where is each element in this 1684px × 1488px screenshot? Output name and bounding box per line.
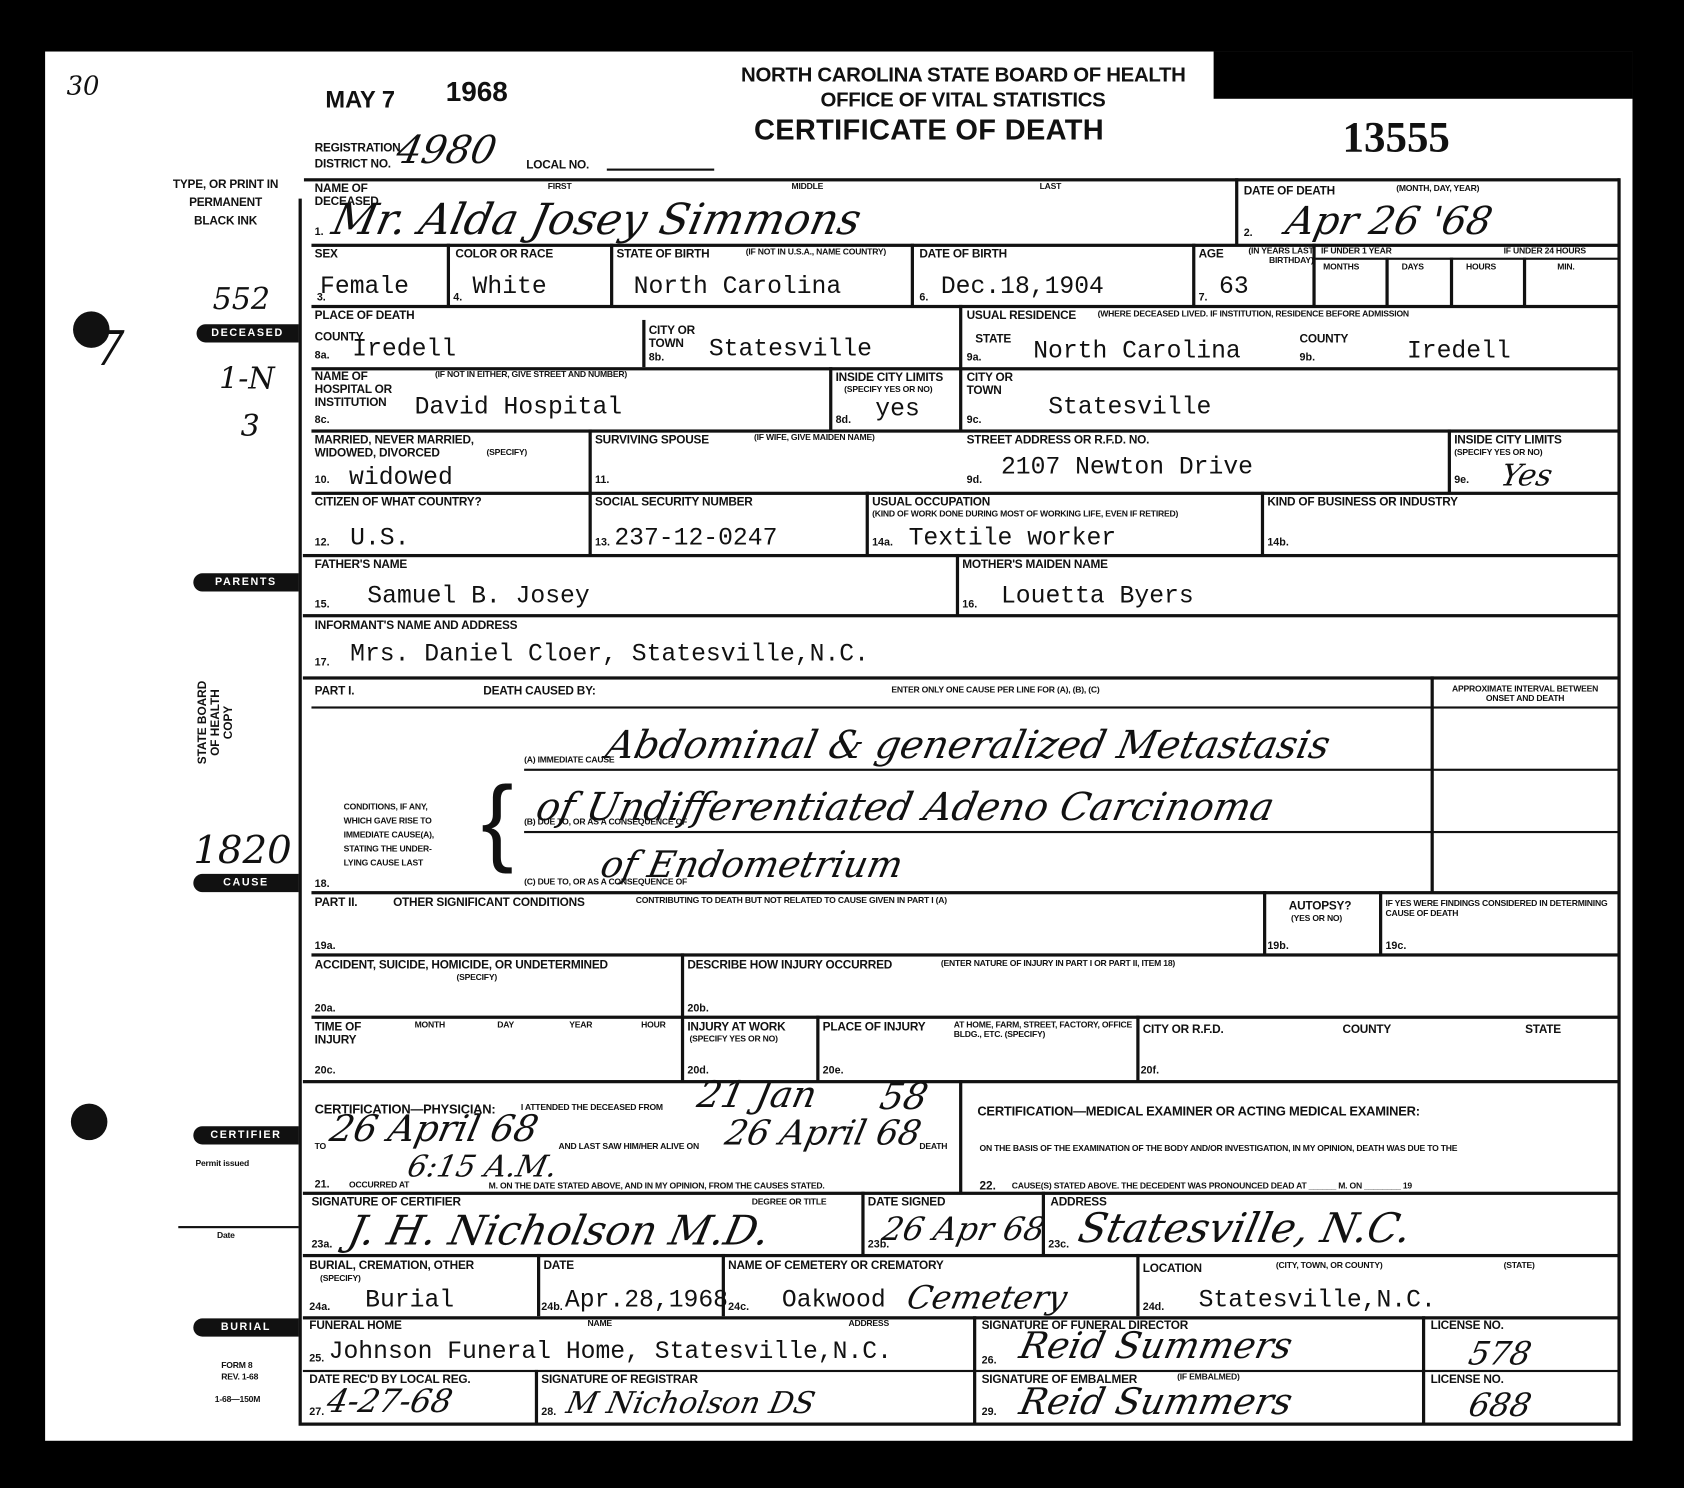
district-label: DISTRICT NO.	[315, 158, 391, 171]
last-saw-value: 26 April 68	[722, 1112, 925, 1153]
punch-hole-bottom	[71, 1104, 108, 1141]
item-9b: 9b.	[1300, 352, 1316, 364]
burial-date-label: DATE	[543, 1259, 573, 1272]
certifier-signature: J. H. Nicholson M.D.	[344, 1207, 774, 1254]
item-20e: 20e.	[823, 1065, 844, 1077]
spouse-label: SURVIVING SPOUSE	[595, 434, 709, 447]
location-value: Statesville,N.C.	[1199, 1286, 1436, 1314]
res-city-label: CITY ORTOWN	[967, 371, 1013, 397]
permit-issued-label: Permit issued	[195, 1159, 249, 1168]
tab-certifier: CERTIFIER	[193, 1126, 298, 1144]
tab-deceased: DECEASED	[197, 324, 299, 342]
me-text: ON THE BASIS OF THE EXAMINATION OF THE B…	[979, 1144, 1457, 1153]
divider	[1136, 1254, 1139, 1316]
item-19c: 19c.	[1385, 940, 1406, 952]
item-4: 4.	[453, 292, 462, 304]
permit-date-line	[178, 1226, 298, 1228]
dob-label: DATE OF BIRTH	[919, 248, 1007, 261]
date-signed-value: 26 Apr 68	[879, 1211, 1049, 1249]
last-label: LAST	[1040, 183, 1062, 192]
item-13: 13.	[595, 537, 610, 549]
form-info-2: REV. 1-68	[221, 1373, 258, 1382]
res-county-value: Iredell	[1407, 337, 1511, 365]
date-recd-value: 4-27-68	[324, 1383, 456, 1421]
item-7: 7.	[1199, 292, 1208, 304]
father-value: Samuel B. Josey	[367, 582, 589, 610]
row-divider	[311, 244, 1619, 247]
row-divider	[311, 492, 1619, 495]
row-divider	[311, 1016, 1619, 1019]
cemetery-hand: Cemetery	[904, 1280, 1071, 1318]
hours-label: HOURS	[1466, 263, 1496, 272]
divider	[1263, 891, 1266, 955]
row-divider	[303, 554, 1620, 557]
divider	[1042, 1192, 1045, 1256]
divider	[1235, 178, 1238, 245]
divider	[816, 1016, 819, 1083]
autopsy-hint: (YES OR NO)	[1291, 915, 1342, 924]
burial-method-value: Burial	[365, 1286, 454, 1314]
item-8a: 8a.	[315, 350, 330, 362]
res-state-value: North Carolina	[1033, 337, 1241, 365]
divider	[911, 244, 914, 306]
me-text2: CAUSE(S) STATED ABOVE. THE DECEDENT WAS …	[1012, 1182, 1412, 1191]
embalmer-license-value: 688	[1465, 1387, 1534, 1425]
street-value: 2107 Newton Drive	[1001, 453, 1253, 481]
item-14b: 14b.	[1267, 537, 1288, 549]
hospital-label: NAME OFHOSPITAL ORINSTITUTION	[315, 370, 392, 409]
hospital-value: David Hospital	[415, 393, 623, 421]
location-hint: (CITY, TOWN, OR COUNTY)	[1276, 1261, 1383, 1270]
director-license-label: LICENSE NO.	[1431, 1319, 1504, 1332]
accident-specify: (SPECIFY)	[456, 974, 497, 983]
item-23a: 23a.	[311, 1239, 332, 1251]
spouse-hint: (IF WIFE, GIVE MAIDEN NAME)	[754, 434, 875, 443]
father-label: FATHER'S NAME	[315, 558, 407, 571]
occupation-label: USUAL OCCUPATION	[872, 496, 990, 509]
item-6: 6.	[919, 292, 928, 304]
item-8c: 8c.	[315, 414, 330, 426]
usual-residence-hint: (WHERE DECEASED LIVED. IF INSTITUTION, R…	[1098, 310, 1409, 319]
describe-label: DESCRIBE HOW INJURY OCCURRED	[687, 959, 892, 972]
row-divider	[311, 305, 1619, 308]
agency-line1: NORTH CAROLINA STATE BOARD OF HEALTH	[741, 64, 1185, 88]
item-18: 18.	[315, 878, 330, 890]
death-label: DEATH	[919, 1142, 947, 1151]
item-8d: 8d.	[836, 414, 852, 426]
instruction-line2: PERMANENT	[166, 196, 284, 209]
dob-value: Dec.18,1904	[941, 273, 1104, 301]
item-10: 10.	[315, 475, 330, 487]
cemetery-typed: Oakwood	[782, 1286, 886, 1314]
attended-text: I ATTENDED THE DECEASED FROM	[521, 1104, 663, 1113]
cemetery-label: NAME OF CEMETERY OR CREMATORY	[728, 1259, 943, 1272]
item-23c: 23c.	[1048, 1239, 1069, 1251]
occupation-value: Textile worker	[909, 524, 1117, 552]
cause-a-value: Abdominal & generalized Metastasis	[602, 724, 1334, 768]
time-of-injury-label: TIME OFINJURY	[315, 1021, 361, 1047]
item-15: 15.	[315, 599, 330, 611]
item-16: 16.	[962, 599, 977, 611]
date-of-death-label: DATE OF DEATH	[1244, 185, 1335, 198]
conditions-line5: LYING CAUSE LAST	[344, 859, 423, 868]
item-11: 11.	[595, 475, 609, 487]
margin-note-1820: 1820	[193, 829, 291, 873]
agency-line2: OFFICE OF VITAL STATISTICS	[821, 89, 1106, 113]
marital-hint: (SPECIFY)	[487, 449, 528, 458]
item-9d: 9d.	[967, 475, 983, 487]
item-8b: 8b.	[649, 352, 665, 364]
last-saw-text: AND LAST SAW HIM/HER ALIVE ON	[558, 1142, 698, 1151]
interval-label: APPROXIMATE INTERVAL BETWEEN ONSET AND D…	[1439, 685, 1611, 704]
accident-label: ACCIDENT, SUICIDE, HOMICIDE, OR UNDETERM…	[315, 959, 608, 972]
item-29: 29.	[982, 1406, 997, 1418]
inside-limits-value: yes	[875, 395, 919, 423]
cause-b-value: of Undifferentiated Adeno Carcinoma	[532, 786, 1278, 830]
months-label: MONTHS	[1323, 263, 1359, 272]
attended-from: 21 Jan	[694, 1074, 821, 1117]
street-label: STREET ADDRESS OR R.F.D. No.	[967, 434, 1150, 447]
one-cause-hint: ENTER ONLY ONE CAUSE PER LINE FOR (a), (…	[891, 686, 1099, 695]
divider	[829, 367, 832, 431]
local-no-line	[607, 169, 714, 171]
res-inside-limits-label: INSIDE CITY LIMITS	[1454, 434, 1562, 447]
divider	[535, 1370, 538, 1424]
item-20c: 20c.	[315, 1065, 336, 1077]
item-1: 1.	[315, 227, 324, 239]
funeral-home-label: FUNERAL HOME	[309, 1319, 401, 1332]
row-divider	[303, 1370, 1620, 1372]
item-19b: 19b.	[1267, 940, 1288, 952]
director-signature: Reid Summers	[1016, 1325, 1297, 1368]
death-county-value: Iredell	[352, 335, 456, 363]
ssn-label: SOCIAL SECURITY NUMBER	[595, 496, 753, 509]
row-divider	[303, 1192, 1620, 1195]
row-divider	[303, 614, 1620, 617]
res-state-label: STATE	[975, 333, 1011, 346]
inside-limits-hint: (SPECIFY YES OR NO)	[844, 385, 932, 394]
mother-value: Louetta Byers	[1001, 582, 1194, 610]
item-25: 25.	[309, 1353, 324, 1365]
sex-value: Female	[320, 273, 409, 301]
item-17: 17.	[315, 657, 330, 669]
divider	[722, 1254, 725, 1316]
cause-a-label: (a) IMMEDIATE CAUSE	[524, 756, 614, 765]
conditions-line2: WHICH GAVE RISE TO	[344, 817, 432, 826]
divider	[642, 320, 645, 367]
days-label: DAYS	[1402, 263, 1424, 272]
divider	[1450, 258, 1453, 306]
copy-label-line1: STATE BOARD	[197, 663, 210, 781]
item-12: 12.	[315, 537, 330, 549]
divider	[959, 1080, 962, 1194]
item-19a: 19a.	[315, 940, 336, 952]
death-city-value: Statesville	[709, 335, 872, 363]
place-of-injury-label: PLACE OF INJURY	[823, 1021, 926, 1034]
date-label: Date	[217, 1231, 235, 1240]
instruction-line3: BLACK INK	[166, 215, 284, 228]
month-label: MONTH	[415, 1021, 445, 1030]
registrar-signature: M Nicholson DS	[563, 1385, 818, 1420]
at-work-hint: (SPECIFY YES OR NO)	[690, 1035, 778, 1044]
occurred-tail: M. ON THE DATE STATED ABOVE, AND IN MY O…	[489, 1182, 825, 1191]
burial-method-label: BURIAL, CREMATION, OTHER	[309, 1259, 474, 1272]
received-stamp-year: 1968	[446, 75, 508, 108]
item-2: 2.	[1244, 228, 1253, 240]
item-3: 3.	[317, 292, 326, 304]
divider	[866, 492, 869, 556]
injury-city-label: CITY OR R.F.D.	[1143, 1023, 1224, 1036]
hospital-hint: (IF NOT IN EITHER, GIVE STREET AND NUMBE…	[435, 370, 627, 379]
attended-to: 26 April 68	[326, 1108, 542, 1151]
birth-state-value: North Carolina	[634, 273, 842, 301]
under-1-year-label: IF UNDER 1 YEAR	[1321, 247, 1392, 256]
place-of-death-label: PLACE OF DEATH	[315, 309, 415, 322]
item-28: 28.	[541, 1406, 556, 1418]
copy-label: STATE BOARD OF HEALTH COPY	[197, 663, 236, 781]
injury-county-label: COUNTY	[1343, 1023, 1392, 1036]
margin-note-3: 3	[241, 408, 260, 443]
copy-label-line2: OF HEALTH	[210, 663, 223, 781]
age-value: 63	[1219, 273, 1249, 301]
divider	[1192, 244, 1195, 306]
at-work-label: INJURY AT WORK	[687, 1021, 785, 1034]
marital-label: MARRIED, NEVER MARRIED,WIDOWED, DIVORCED	[315, 434, 474, 460]
burial-date-value: Apr.28,1968	[565, 1286, 728, 1314]
birth-state-hint: (IF NOT IN U.S.A., NAME COUNTRY)	[736, 248, 886, 257]
injury-state-label: STATE	[1525, 1023, 1561, 1036]
divider	[1136, 1016, 1139, 1083]
item-9a: 9a.	[967, 352, 982, 364]
race-label: COLOR OR RACE	[455, 248, 553, 261]
frame-left	[299, 199, 302, 1423]
margin-note-30: 30	[67, 71, 100, 101]
item-24d: 24d.	[1143, 1301, 1164, 1313]
min-label: MIN.	[1557, 263, 1574, 272]
certificate-number: 13555	[1343, 112, 1450, 162]
row-divider	[311, 706, 1619, 708]
item-20f: 20f.	[1141, 1065, 1160, 1077]
deceased-name: Mr. Alda Josey Simmons	[328, 195, 866, 244]
row-divider	[303, 676, 1620, 679]
describe-hint: (ENTER NATURE OF INJURY IN PART I OR PAR…	[941, 960, 1175, 969]
ssn-value: 237-12-0247	[614, 524, 777, 552]
instruction-line1: TYPE, OR PRINT IN	[166, 178, 284, 191]
usual-residence-label: USUAL RESIDENCE	[967, 309, 1076, 322]
under-24-hours-label: IF UNDER 24 HOURS	[1504, 247, 1586, 256]
industry-label: KIND OF BUSINESS OR INDUSTRY	[1267, 496, 1457, 509]
sex-label: SEX	[315, 248, 338, 261]
mother-label: MOTHER'S MAIDEN NAME	[962, 558, 1108, 571]
other-conditions-label: OTHER SIGNIFICANT CONDITIONS	[393, 896, 585, 909]
conditions-line1: CONDITIONS, IF ANY,	[344, 803, 428, 812]
frame-top	[304, 178, 1620, 181]
funeral-home-value: Johnson Funeral Home, Statesville,N.C.	[329, 1338, 892, 1366]
cert-address-value: Statesville, N.C.	[1074, 1205, 1415, 1252]
item-9c: 9c.	[967, 414, 982, 426]
hour-label: HOUR	[641, 1021, 665, 1030]
date-of-death-hint: (MONTH, DAY, YEAR)	[1396, 185, 1479, 194]
age-label: AGE	[1199, 248, 1224, 261]
informant-value: Mrs. Daniel Cloer, Statesville,N.C.	[350, 640, 869, 668]
local-no-label: LOCAL NO.	[526, 159, 589, 172]
embalmer-license-label: LICENSE NO.	[1431, 1373, 1504, 1386]
divider	[1431, 676, 1434, 893]
divider	[537, 1254, 540, 1316]
form-info-1: FORM 8	[221, 1361, 252, 1370]
race-value: White	[473, 273, 547, 301]
divider	[447, 244, 450, 306]
age-hint: (IN YEARS LAST BIRTHDAY)	[1230, 247, 1314, 266]
divider	[861, 1192, 864, 1256]
death-city-label: CITY ORTOWN	[649, 324, 695, 350]
inside-limits-label: INSIDE CITY LIMITS	[836, 371, 944, 384]
date-of-death: Apr 26 '68	[1282, 200, 1496, 244]
citizen-value: U.S.	[350, 524, 409, 552]
autopsy-label: AUTOPSY?	[1289, 900, 1351, 913]
embalmer-signature: Reid Summers	[1016, 1381, 1297, 1424]
item-14a: 14a.	[872, 537, 893, 549]
conditions-line4: STATING THE UNDER-	[344, 845, 432, 854]
cause-c-value: of Endometrium	[597, 844, 907, 887]
date-signed-label: DATE SIGNED	[868, 1196, 946, 1209]
other-conditions-hint: CONTRIBUTING TO DEATH BUT NOT RELATED TO…	[636, 896, 947, 905]
middle-label: MIDDLE	[792, 183, 824, 192]
divider	[1385, 258, 1388, 306]
tab-parents: PARENTS	[193, 573, 298, 591]
punch-hole-top	[73, 311, 110, 348]
item-27: 27.	[309, 1406, 324, 1418]
divider	[610, 244, 613, 306]
me-cert-label: CERTIFICATION—MEDICAL EXAMINER OR ACTING…	[977, 1105, 1419, 1119]
divider	[1312, 244, 1315, 306]
tab-cause: CAUSE	[193, 874, 298, 892]
divider	[956, 554, 959, 616]
conditions-line3: IMMEDIATE CAUSE(a),	[344, 831, 434, 840]
day-label: DAY	[497, 1021, 514, 1030]
res-county-label: COUNTY	[1300, 333, 1349, 346]
item-21: 21.	[315, 1179, 330, 1191]
frame-right	[1617, 178, 1620, 1426]
divider	[1312, 258, 1619, 260]
to-label: TO	[315, 1142, 326, 1151]
row-divider	[311, 953, 1619, 956]
item-20b: 20b.	[687, 1003, 708, 1015]
place-of-injury-hint: AT HOME, FARM, STREET, FACTORY, OFFICE B…	[954, 1021, 1139, 1040]
row-divider	[311, 891, 1619, 894]
row-divider	[311, 429, 1619, 432]
divider	[1261, 492, 1264, 556]
item-26: 26.	[982, 1355, 997, 1367]
address-hint: ADDRESS	[848, 1319, 889, 1328]
margin-note-552: 552	[213, 281, 270, 316]
conditions-brace: {	[481, 773, 513, 870]
scan-black-corner	[1214, 52, 1633, 99]
item-24c: 24c.	[728, 1301, 749, 1313]
citizen-label: CITIZEN OF WHAT COUNTRY?	[315, 496, 482, 509]
divider	[1448, 429, 1451, 493]
part2-label: PART II.	[315, 896, 358, 909]
findings-label: IF YES WERE FINDINGS CONSIDERED IN DETER…	[1385, 900, 1615, 919]
first-label: FIRST	[548, 183, 572, 192]
occupation-hint: (KIND OF WORK DONE DURING MOST OF WORKIN…	[872, 510, 1226, 519]
registration-label: REGISTRATION	[315, 142, 401, 155]
margin-note-1n: 1-N	[219, 361, 275, 396]
birth-state-label: STATE OF BIRTH	[616, 248, 709, 261]
form-info-3: 1-68—150M	[215, 1396, 260, 1405]
location-label: LOCATION	[1143, 1263, 1202, 1276]
marital-value: widowed	[349, 464, 453, 492]
item-9e: 9e.	[1454, 475, 1469, 487]
director-license-value: 578	[1465, 1336, 1534, 1374]
year-label: YEAR	[569, 1021, 592, 1030]
res-inside-limits-value: Yes	[1498, 457, 1556, 492]
district-number: 4980	[393, 129, 501, 173]
line-b	[524, 831, 1619, 833]
burial-method-hint: (SPECIFY)	[320, 1274, 361, 1283]
state-hint: (STATE)	[1504, 1261, 1535, 1270]
tab-burial: BURIAL	[193, 1318, 298, 1336]
divider	[1523, 258, 1526, 306]
line-a	[524, 769, 1619, 771]
item-24a: 24a.	[309, 1301, 330, 1313]
death-caused-by-label: DEATH CAUSED BY:	[483, 685, 595, 698]
row-divider	[303, 1254, 1620, 1257]
occurred-text: OCCURRED AT	[349, 1181, 409, 1190]
document-stage: 30 MAY 7 1968 NORTH CAROLINA STATE BOARD…	[0, 0, 1684, 1488]
form-title: CERTIFICATE OF DEATH	[754, 114, 1104, 147]
received-stamp-date: MAY 7	[325, 86, 395, 114]
item-20a: 20a.	[315, 1003, 336, 1015]
time-of-death: 6:15 A.M.	[404, 1149, 560, 1184]
item-24b: 24b.	[541, 1301, 562, 1313]
divider	[1379, 891, 1382, 955]
copy-label-line3: COPY	[223, 663, 236, 781]
res-city-value: Statesville	[1048, 393, 1211, 421]
part1-label: PART I.	[315, 685, 355, 698]
informant-label: INFORMANT'S NAME AND ADDRESS	[315, 619, 518, 632]
name-hint: NAME	[587, 1319, 611, 1328]
